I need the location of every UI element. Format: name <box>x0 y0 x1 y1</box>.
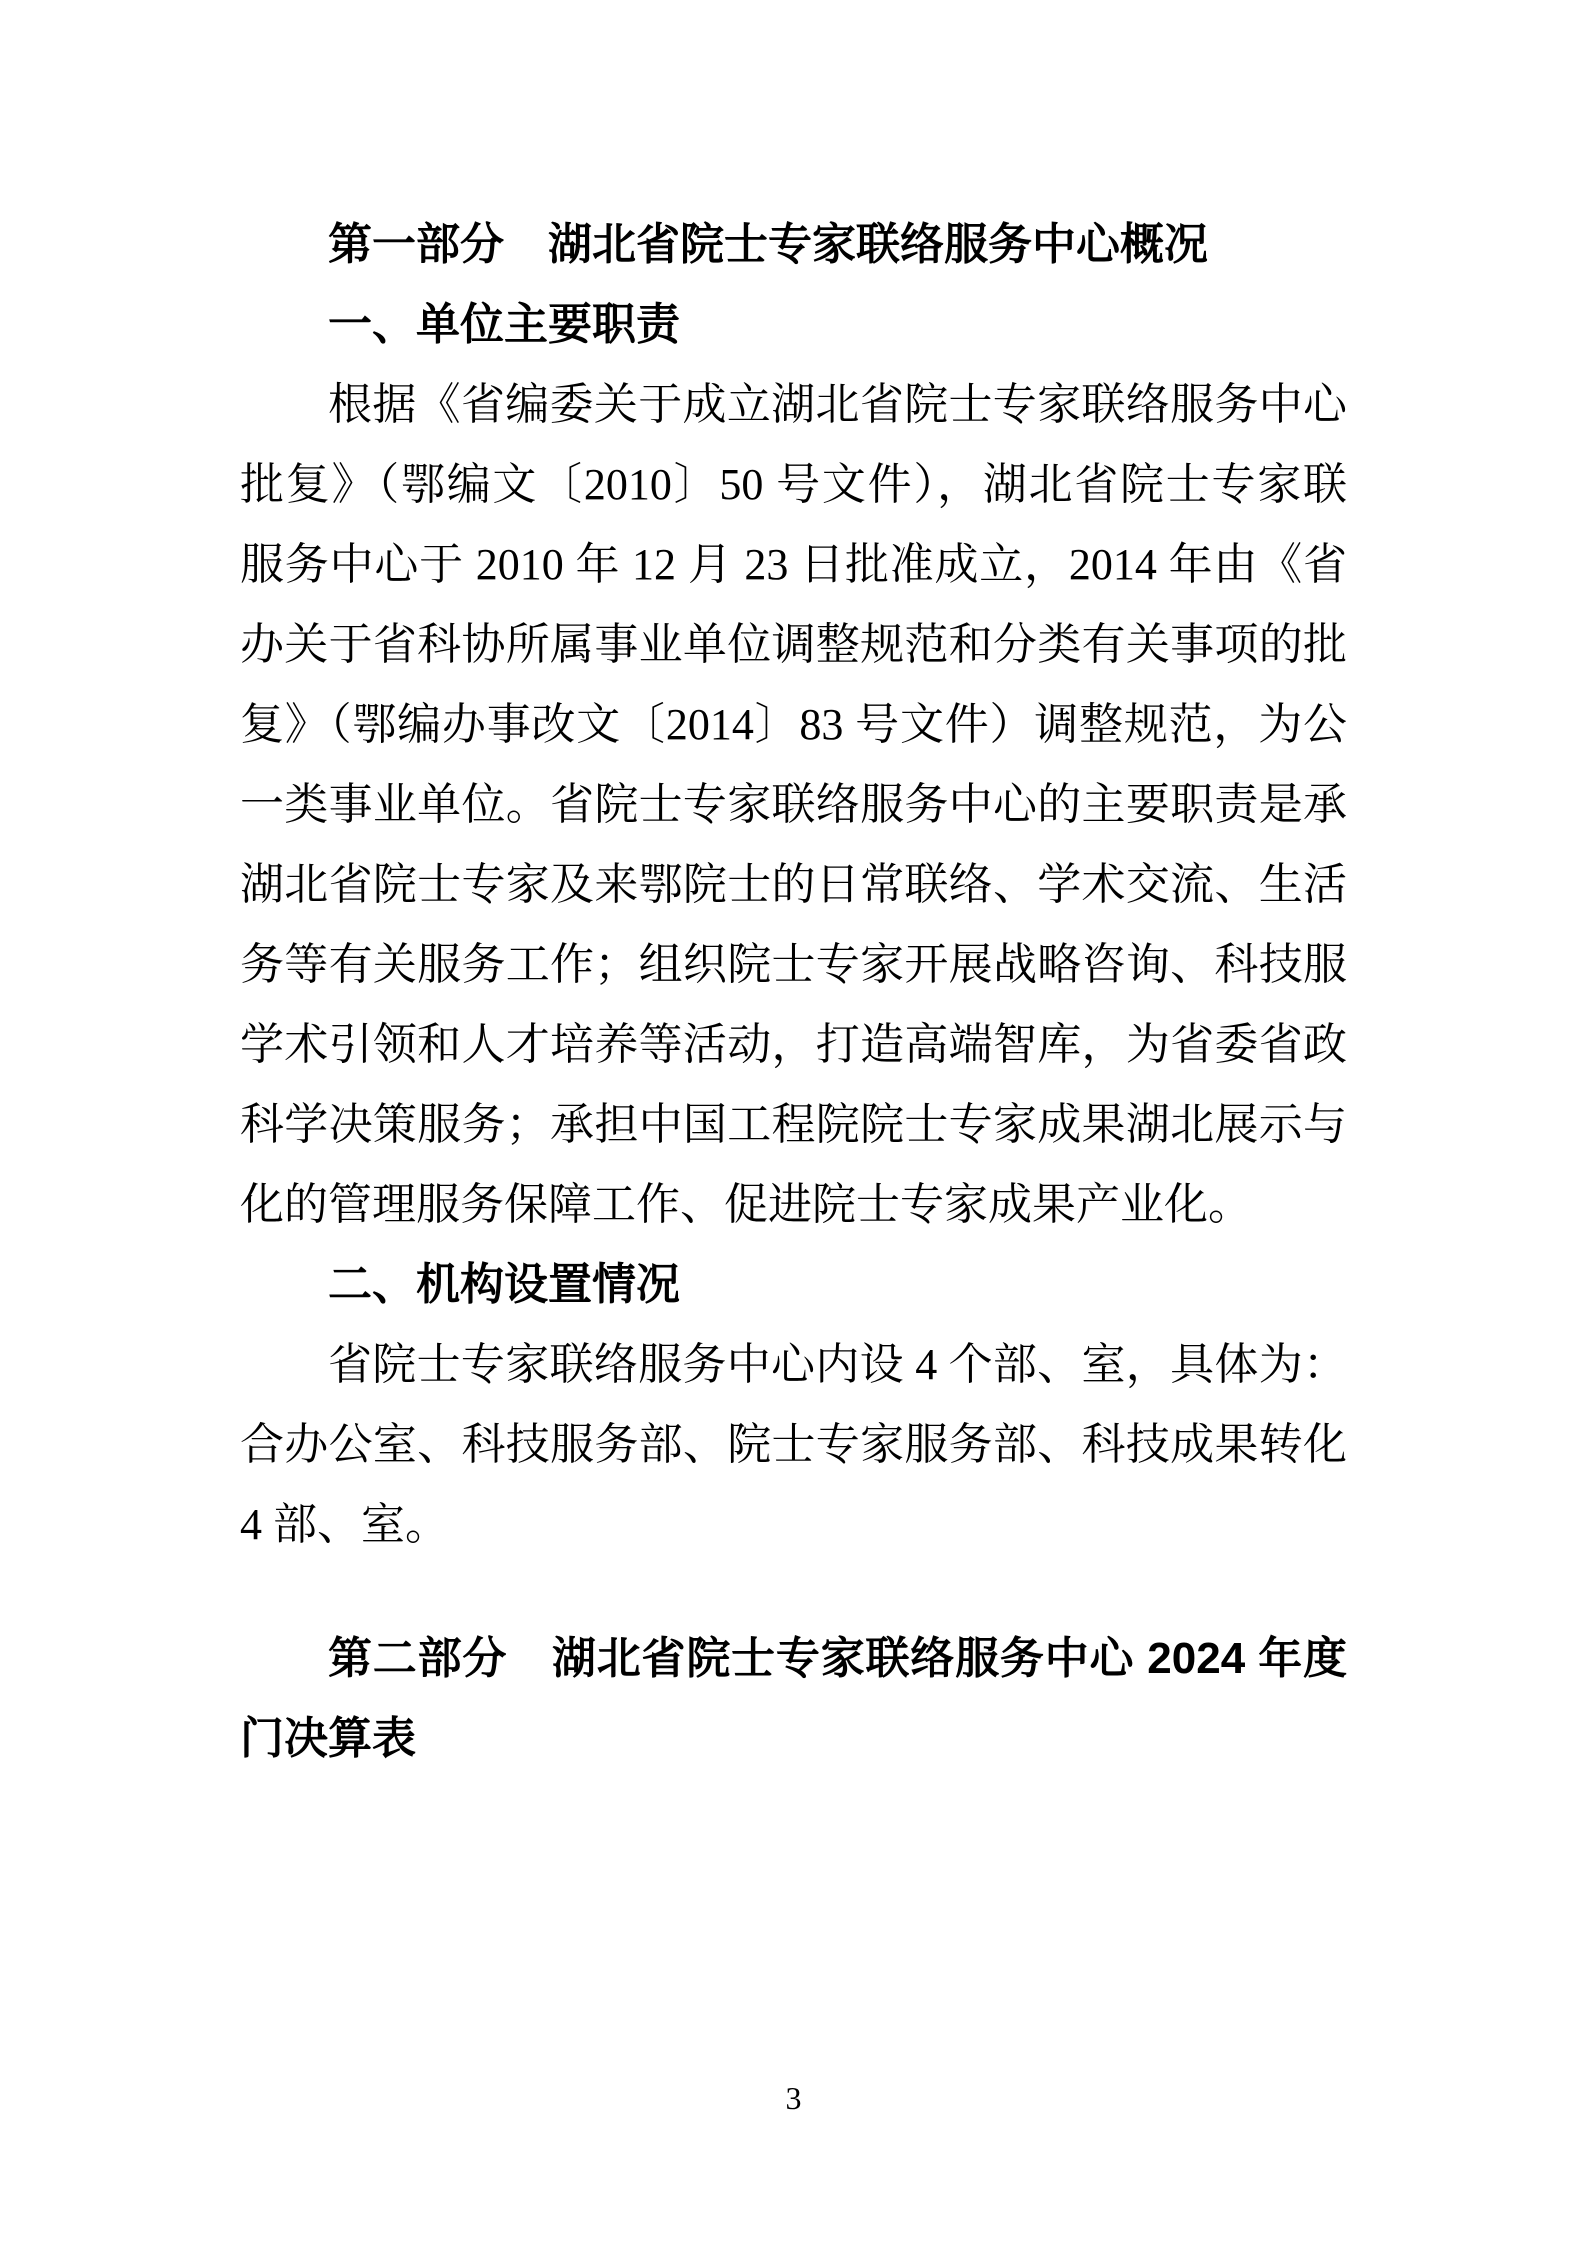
paragraph1-line: 化的管理服务保障工作、促进院士专家成果产业化。 <box>240 1165 1347 1245</box>
paragraph1-line: 一类事业单位。省院士专家联络服务中心的主要职责是承担 <box>240 765 1347 845</box>
paragraph1-line: 复》（鄂编办事改文〔2014〕83 号文件）调整规范，为公益 <box>240 685 1347 765</box>
paragraph1-line: 办关于省科协所属事业单位调整规范和分类有关事项的批 <box>240 605 1347 685</box>
paragraph1-line: 务等有关服务工作；组织院士专家开展战略咨询、科技服务、 <box>240 925 1347 1005</box>
section1-heading: 一、单位主要职责 <box>240 285 1347 365</box>
paragraph1-line: 湖北省院士专家及来鄂院士的日常联络、学术交流、生活服 <box>240 845 1347 925</box>
page-number: 3 <box>0 2080 1587 2116</box>
part1-title: 第一部分 湖北省院士专家联络服务中心概况 <box>240 205 1347 285</box>
paragraph1-line: 根据《省编委关于成立湖北省院士专家联络服务中心的 <box>240 365 1347 445</box>
paragraph1-line: 服务中心于 2010 年 12 月 23 日批准成立，2014 年由《省编 <box>240 525 1347 605</box>
part2-title-line: 第二部分 湖北省院士专家联络服务中心 2024 年度部 <box>240 1619 1347 1699</box>
paragraph1-line: 批复》（鄂编文〔2010〕50 号文件），湖北省院士专家联络 <box>240 445 1347 525</box>
document-content: 第一部分 湖北省院士专家联络服务中心概况 一、单位主要职责 根据《省编委关于成立… <box>240 205 1347 1779</box>
paragraph2-line: 省院士专家联络服务中心内设 4 个部、室，具体为：综 <box>240 1325 1347 1405</box>
paragraph2-line: 4 部、室。 <box>240 1485 1347 1565</box>
section2-heading: 二、机构设置情况 <box>240 1245 1347 1325</box>
paragraph2-line: 合办公室、科技服务部、院士专家服务部、科技成果转化部 <box>240 1405 1347 1485</box>
part2-title-line: 门决算表 <box>240 1699 1347 1779</box>
paragraph1-line: 科学决策服务；承担中国工程院院士专家成果湖北展示与转 <box>240 1085 1347 1165</box>
paragraph1-line: 学术引领和人才培养等活动，打造高端智库，为省委省政府 <box>240 1005 1347 1085</box>
blank-line <box>240 1565 1347 1619</box>
document-page: 第一部分 湖北省院士专家联络服务中心概况 一、单位主要职责 根据《省编委关于成立… <box>0 0 1587 2245</box>
